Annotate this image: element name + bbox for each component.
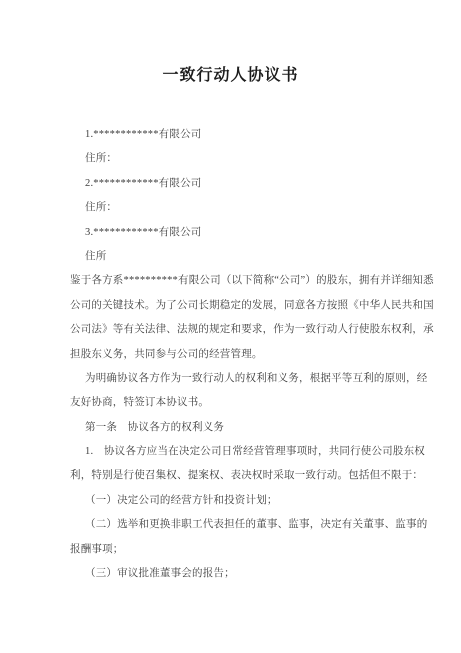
clause-1-line-2: 利，特别是行使召集权、提案权、表决权时采取一致行动。包括但不限于：	[70, 464, 390, 488]
subclause-2-line-1: （二）选举和更换非职工代表担任的董事、监事，决定有关董事、监事的	[70, 513, 390, 537]
document-page: 一致行动人协议书 1.************有限公司 住所： 2.******…	[0, 0, 461, 653]
company-item-2: 2.************有限公司	[70, 172, 390, 196]
article-1-heading: 第一条 协议各方的权利义务	[70, 416, 390, 440]
document-body: 1.************有限公司 住所： 2.************有限公…	[70, 123, 390, 586]
company-item-3: 3.************有限公司	[70, 221, 390, 245]
recital-line-1: 鉴于各方系**********有限公司（以下简称“公司”）的股东，拥有并详细知悉	[70, 269, 390, 293]
subclause-3: （三）审议批准董事会的报告；	[70, 562, 390, 586]
recital-line-3: 公司法》等有关法律、法规的规定和要求，作为一致行动人行使股东权利，承	[70, 318, 390, 342]
company-item-1: 1.************有限公司	[70, 123, 390, 147]
address-label-3: 住所	[70, 245, 390, 269]
clause-1-line-1: 1. 协议各方应当在决定公司日常经营管理事项时，共同行使公司股东权	[70, 440, 390, 464]
address-label-2: 住所：	[70, 196, 390, 220]
subclause-2-line-2: 报酬事项；	[70, 538, 390, 562]
recital-line-4: 担股东义务，共同参与公司的经营管理。	[70, 343, 390, 367]
subclause-1: （一）决定公司的经营方针和投资计划；	[70, 489, 390, 513]
purpose-line-1: 为明确协议各方作为一致行动人的权利和义务，根据平等互利的原则，经	[70, 367, 390, 391]
purpose-line-2: 友好协商，特签订本协议书。	[70, 391, 390, 415]
document-title: 一致行动人协议书	[0, 62, 461, 85]
recital-line-2: 公司的关键技术。为了公司长期稳定的发展，同意各方按照《中华人民共和国	[70, 294, 390, 318]
address-label-1: 住所：	[70, 147, 390, 171]
